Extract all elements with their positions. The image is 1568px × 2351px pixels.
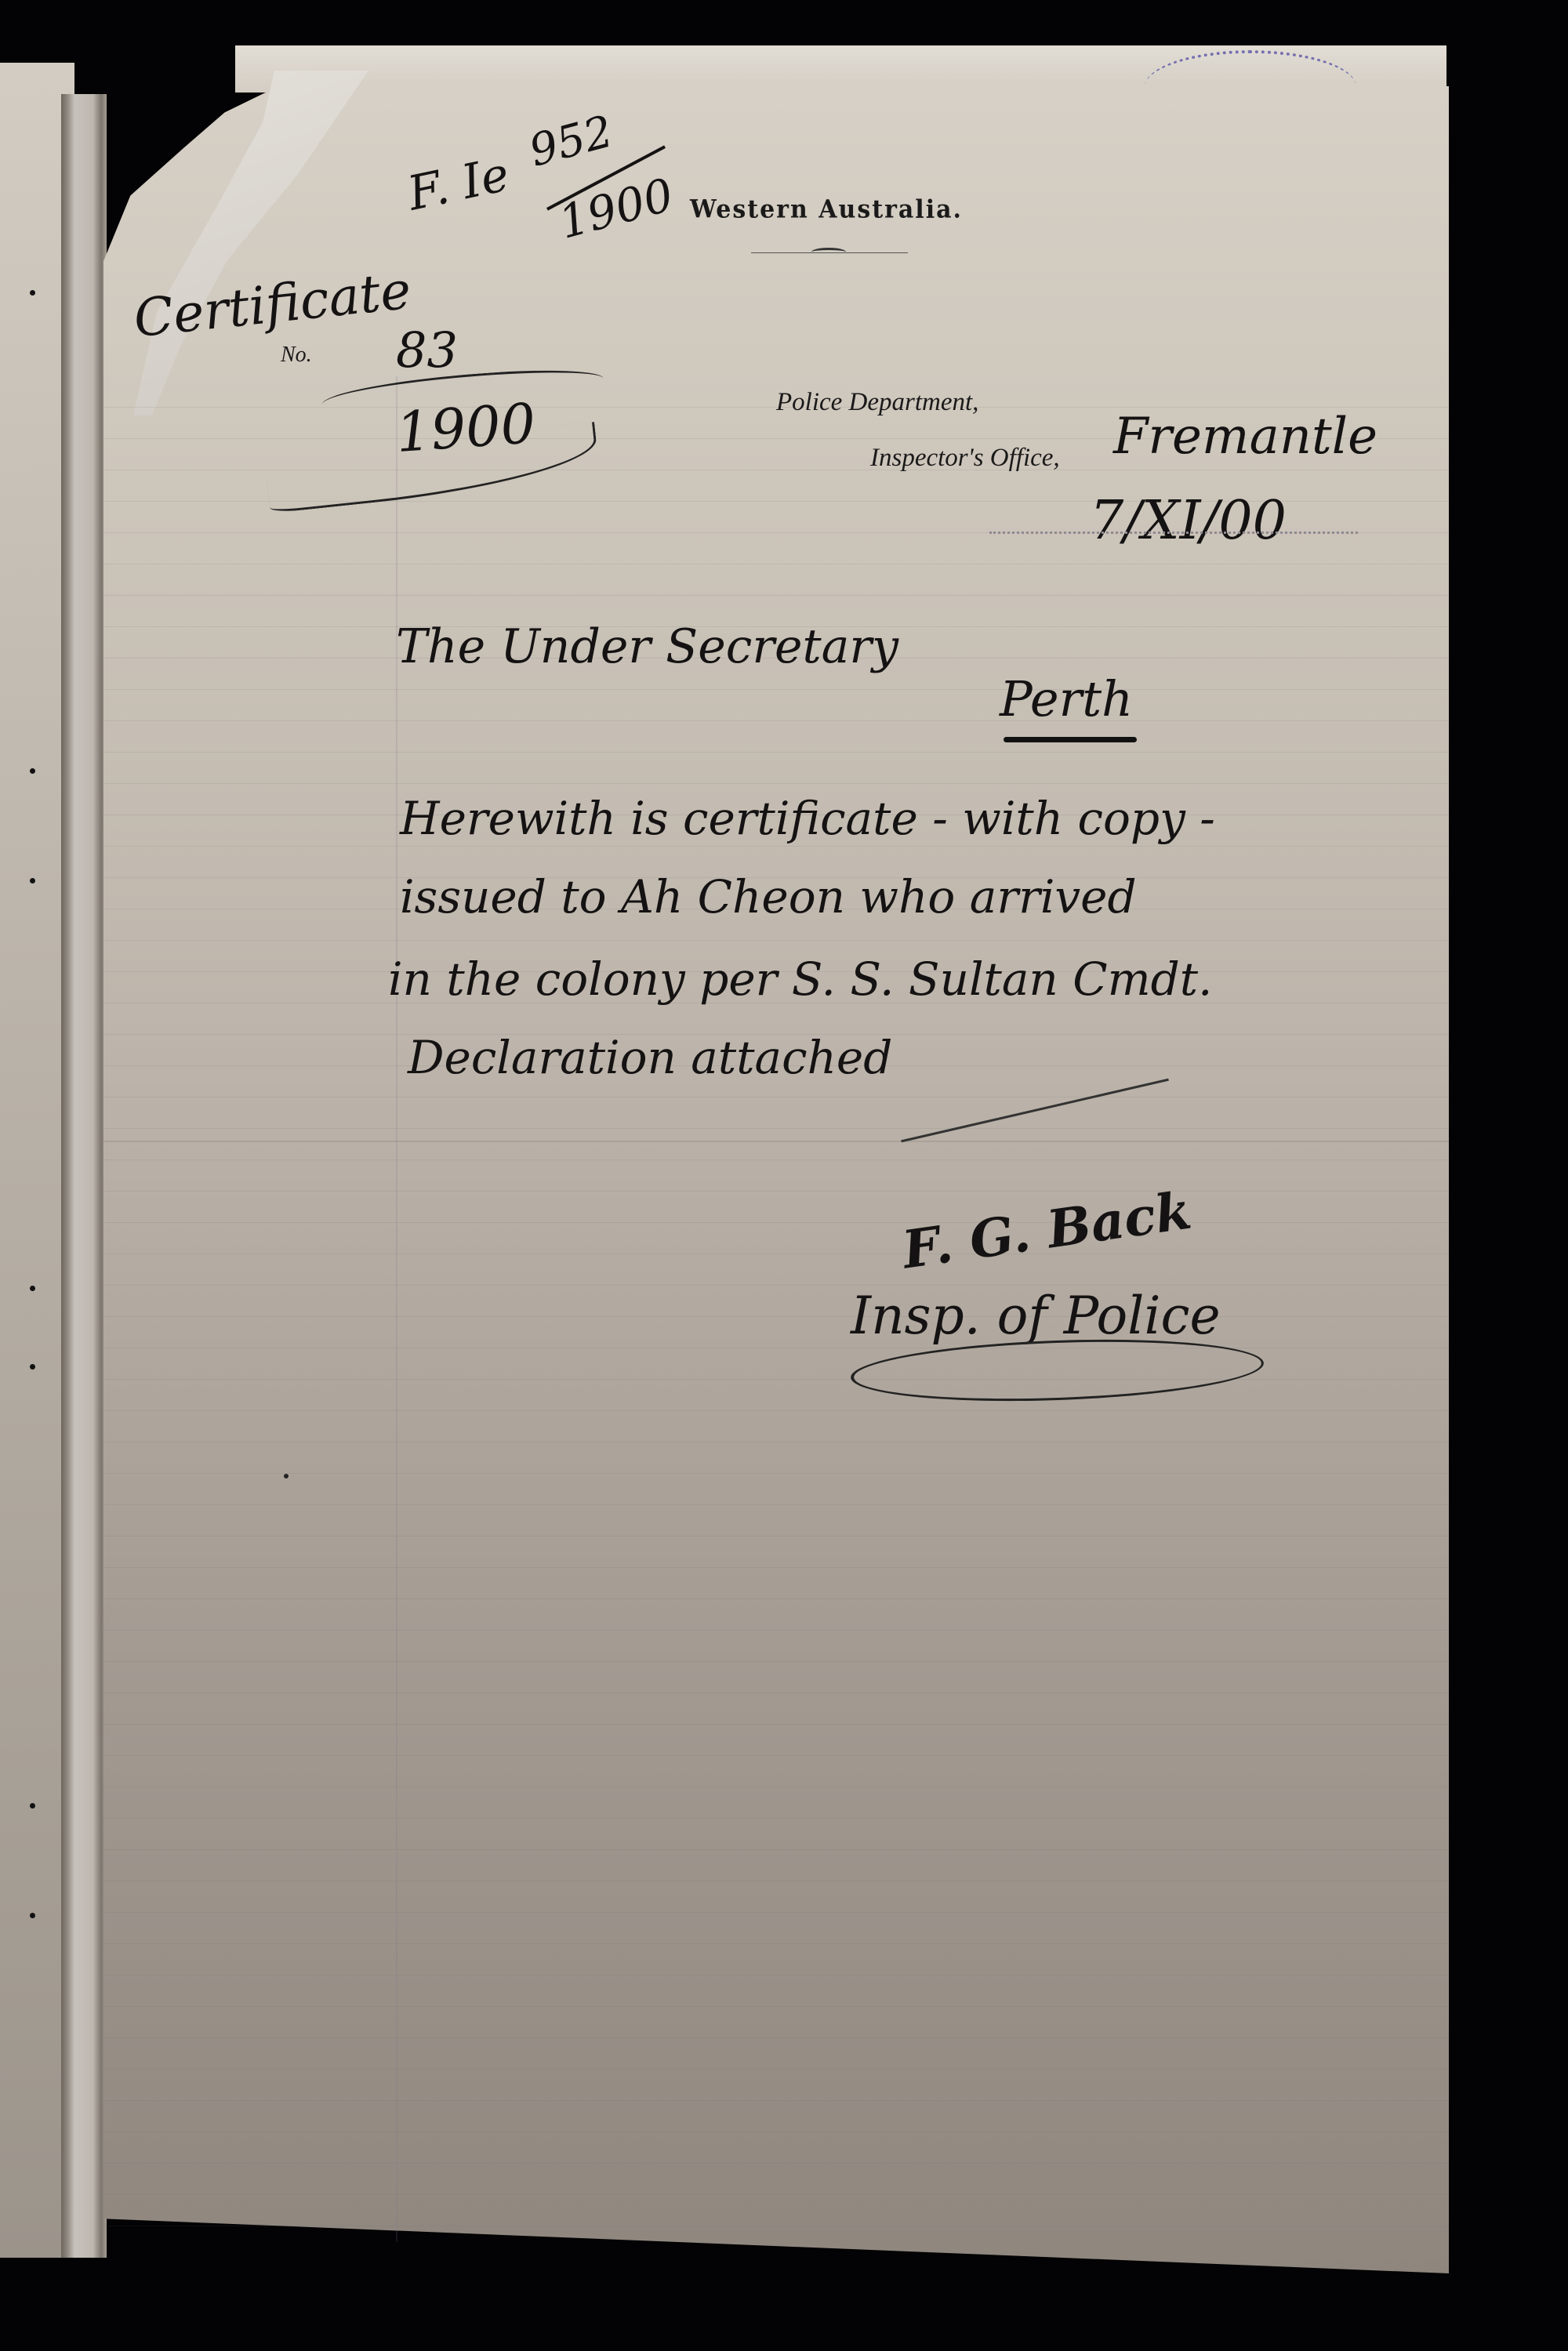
dateline-date: 7/XI/00 bbox=[1090, 490, 1287, 552]
scan-background: F. Ie 952 1900 Western Australia. Certif… bbox=[0, 0, 1568, 2351]
number-label: No. bbox=[281, 343, 312, 368]
binding-hole bbox=[30, 1364, 35, 1370]
binding-hole bbox=[30, 290, 35, 296]
binding-hole bbox=[30, 1913, 35, 1918]
dateline-place: Fremantle bbox=[1113, 408, 1377, 466]
city-underline bbox=[1004, 737, 1137, 742]
letterhead-title: Western Australia. bbox=[690, 195, 963, 224]
file-binding bbox=[61, 94, 107, 2258]
letterhead-ornament bbox=[811, 248, 846, 256]
signature-title: Insp. of Police bbox=[851, 1286, 1221, 1346]
body-line: Declaration attached bbox=[408, 1031, 892, 1084]
fold-crease bbox=[103, 1141, 1449, 1142]
department-line: Police Department, bbox=[776, 388, 978, 417]
addressee-city: Perth bbox=[1000, 670, 1133, 727]
office-line: Inspector's Office, bbox=[870, 444, 1060, 473]
binding-hole bbox=[30, 768, 35, 774]
body-line: Herewith is certificate - with copy - bbox=[400, 792, 1215, 845]
body-line: in the colony per S. S. Sultan Cmdt. bbox=[388, 952, 1212, 1006]
date-dotted-rule bbox=[989, 532, 1358, 534]
binding-hole bbox=[30, 1803, 35, 1809]
ink-speck bbox=[284, 1474, 289, 1478]
binding-hole bbox=[30, 1286, 35, 1291]
addressee-line: The Under Secretary bbox=[396, 619, 898, 674]
certificate-number: 83 bbox=[396, 321, 458, 379]
binding-hole bbox=[30, 878, 35, 883]
body-line: issued to Ah Cheon who arrived bbox=[400, 870, 1137, 923]
